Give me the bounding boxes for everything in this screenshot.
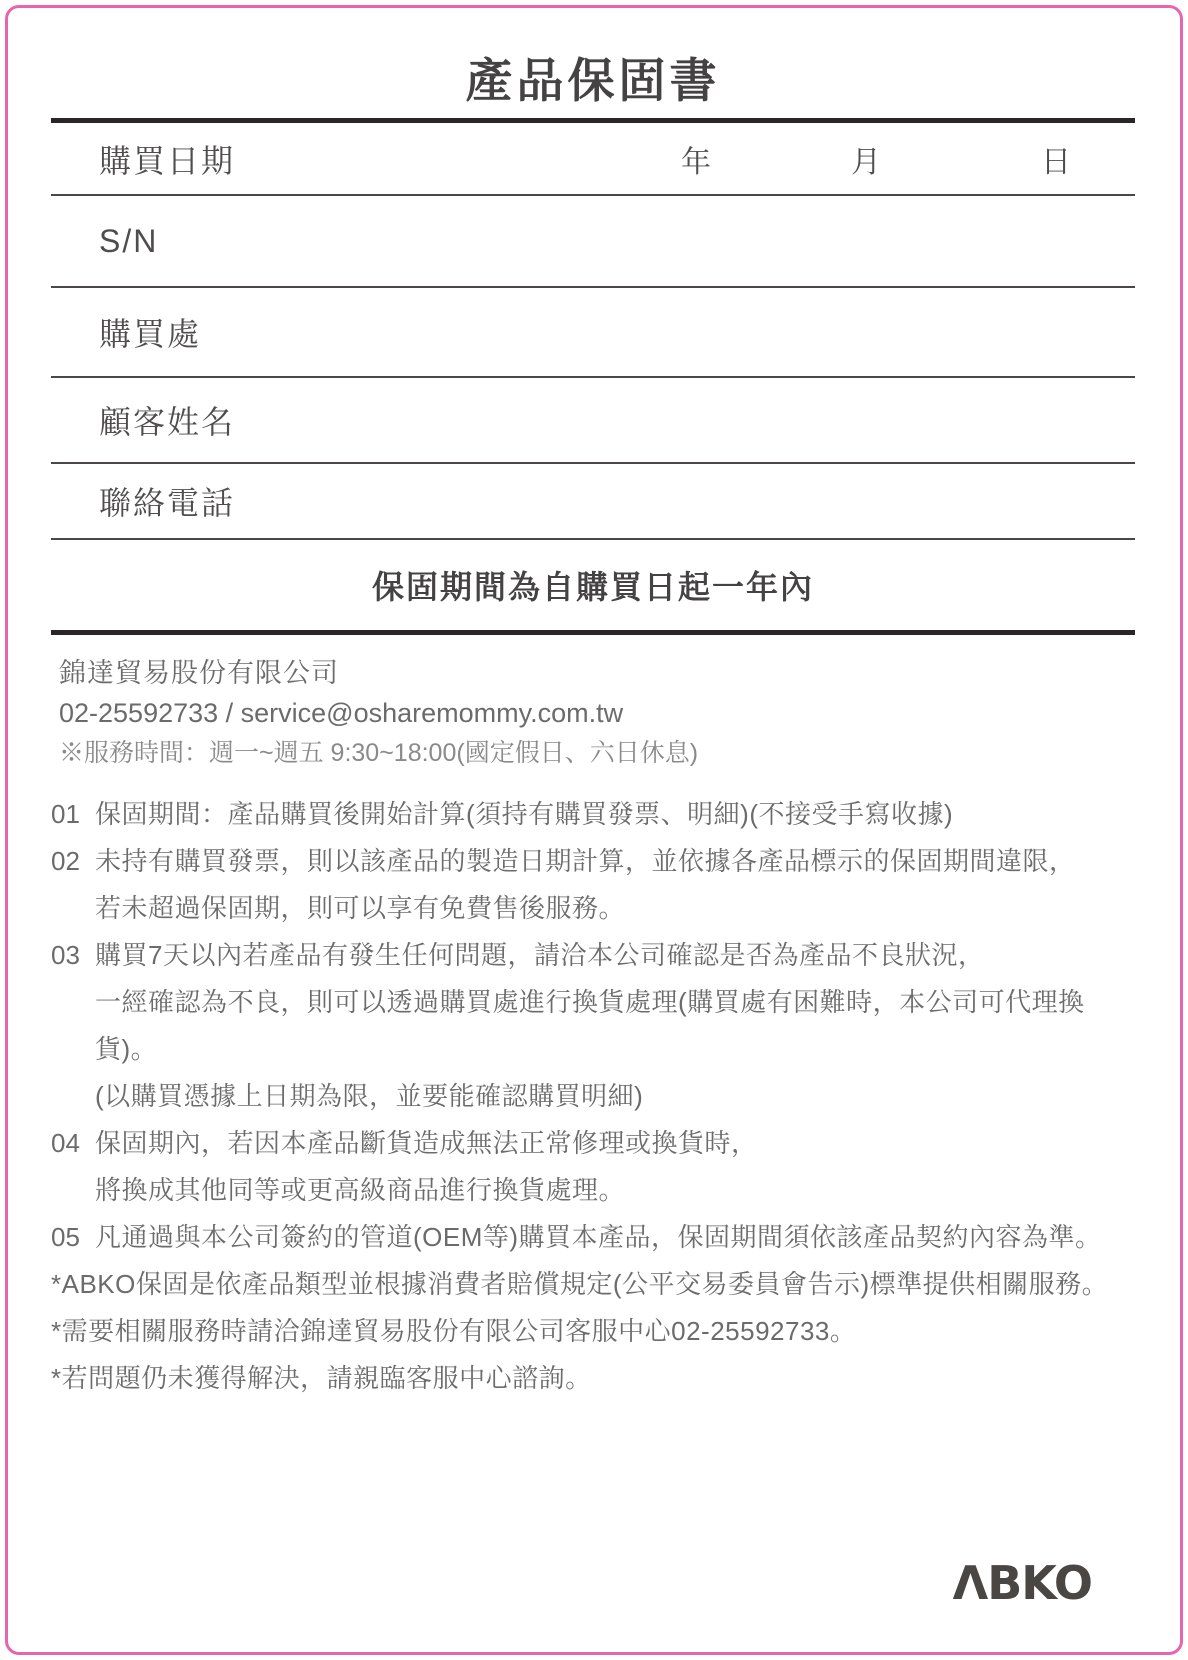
term-text: 保固期間：產品購買後開始計算(須持有購買發票、明細)(不接受手寫收據) (95, 791, 1135, 838)
purchase-date-label: 購買日期 (51, 136, 235, 182)
warranty-card: 產品保固書 購買日期 年 月 日 S/N 購買處 顧客姓名 聯絡電話 保固期間為… (5, 5, 1183, 1655)
term-text: (以購買憑據上日期為限，並要能確認購買明細) (95, 1073, 1135, 1120)
footnotes: *ABKO保固是依產品類型並根據消費者賠償規定(公平交易委員會告示)標準提供相關… (51, 1261, 1135, 1402)
company-contact: 02-25592733 / service@osharemommy.com.tw (59, 693, 1135, 733)
abko-logo: ΛBKO (953, 1556, 1092, 1610)
warranty-statement: 保固期間為自購買日起一年內 (372, 562, 814, 608)
card-content: 產品保固書 購買日期 年 月 日 S/N 購買處 顧客姓名 聯絡電話 保固期間為… (51, 8, 1135, 1402)
term-number: 04 (51, 1120, 80, 1167)
term-text: 未持有購買發票，則以該產品的製造日期計算，並依據各產品標示的保固期間違限， (95, 838, 1135, 885)
term-item-01: 01 保固期間：產品購買後開始計算(須持有購買發票、明細)(不接受手寫收據) (51, 791, 1135, 838)
year-label: 年 (681, 137, 711, 181)
field-row-contact-phone: 聯絡電話 (51, 464, 1135, 540)
day-label: 日 (1041, 137, 1071, 181)
serial-number-label: S/N (51, 223, 158, 260)
customer-name-label: 顧客姓名 (51, 397, 235, 443)
field-row-purchase-place: 購買處 (51, 288, 1135, 378)
warranty-statement-row: 保固期間為自購買日起一年內 (51, 540, 1135, 630)
field-row-purchase-date: 購買日期 年 月 日 (51, 123, 1135, 196)
warranty-terms-list: 01 保固期間：產品購買後開始計算(須持有購買發票、明細)(不接受手寫收據) 0… (51, 791, 1135, 1261)
company-name: 錦達貿易股份有限公司 (59, 653, 1135, 693)
term-item-03: 03 購買7天以內若產品有發生任何問題，請洽本公司確認是否為產品不良狀況， 一經… (51, 932, 1135, 1120)
term-text: 保固期內，若因本產品斷貨造成無法正常修理或換貨時， (95, 1120, 1135, 1167)
field-row-customer-name: 顧客姓名 (51, 378, 1135, 464)
term-text: 若未超過保固期，則可以享有免費售後服務。 (95, 885, 1135, 932)
term-text: 一經確認為不良，則可以透過購買處進行換貨處理(購買處有困難時，本公司可代理換貨)… (95, 979, 1135, 1073)
term-number: 03 (51, 932, 80, 979)
footnote-service-center: *需要相關服務時請洽錦達貿易股份有限公司客服中心02-25592733。 (51, 1308, 1135, 1355)
page-title: 產品保固書 (51, 8, 1135, 118)
company-info: 錦達貿易股份有限公司 02-25592733 / service@osharem… (51, 635, 1135, 773)
service-hours: ※服務時間：週一~週五 9:30~18:00(國定假日、六日休息) (59, 733, 1135, 773)
term-number: 05 (51, 1214, 80, 1261)
purchase-place-label: 購買處 (51, 309, 201, 355)
footnote-abko-policy: *ABKO保固是依產品類型並根據消費者賠償規定(公平交易委員會告示)標準提供相關… (51, 1261, 1135, 1308)
footnote-visit-center: *若問題仍未獲得解決，請親臨客服中心諮詢。 (51, 1355, 1135, 1402)
term-number: 01 (51, 791, 80, 838)
contact-phone-label: 聯絡電話 (51, 478, 235, 524)
month-label: 月 (851, 137, 881, 181)
term-number: 02 (51, 838, 80, 885)
term-text: 將換成其他同等或更高級商品進行換貨處理。 (95, 1167, 1135, 1214)
field-row-serial-number: S/N (51, 196, 1135, 288)
term-item-05: 05 凡通過與本公司簽約的管道(OEM等)購買本產品，保固期間須依該產品契約內容… (51, 1214, 1135, 1261)
term-item-02: 02 未持有購買發票，則以該產品的製造日期計算，並依據各產品標示的保固期間違限，… (51, 838, 1135, 932)
term-item-04: 04 保固期內，若因本產品斷貨造成無法正常修理或換貨時， 將換成其他同等或更高級… (51, 1120, 1135, 1214)
term-text: 購買7天以內若產品有發生任何問題，請洽本公司確認是否為產品不良狀況， (95, 932, 1135, 979)
term-text: 凡通過與本公司簽約的管道(OEM等)購買本產品，保固期間須依該產品契約內容為準。 (95, 1214, 1135, 1261)
